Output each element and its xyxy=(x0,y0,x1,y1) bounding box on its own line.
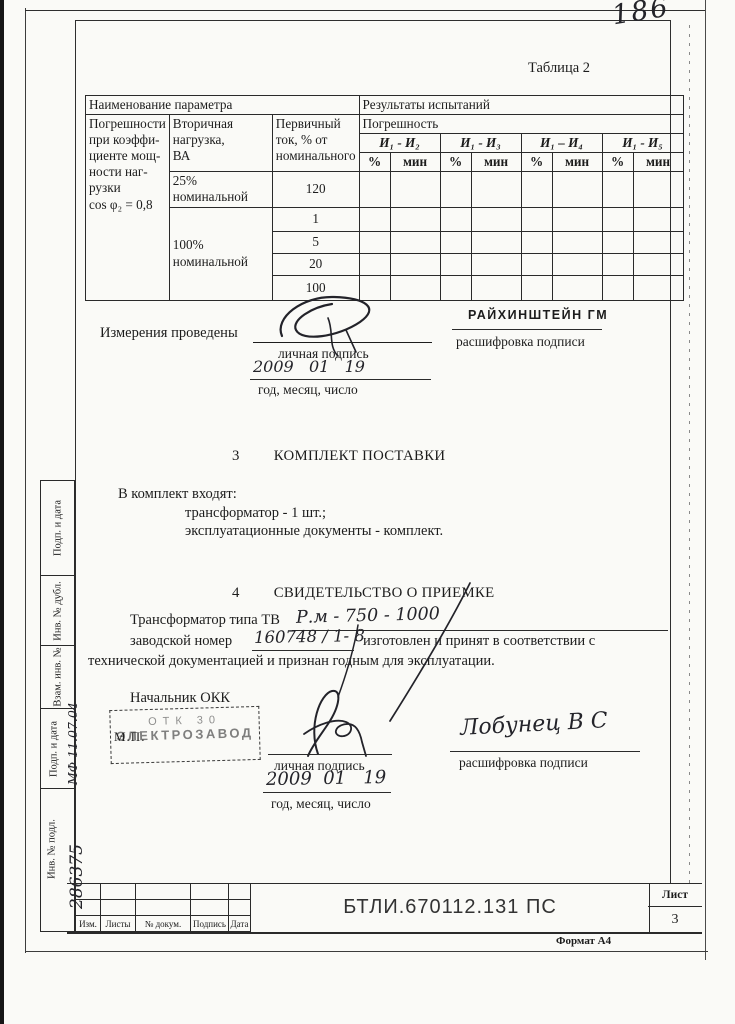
name-line xyxy=(450,751,640,752)
empty-cell xyxy=(602,231,633,253)
min-header: мин xyxy=(471,153,521,172)
empty-cell xyxy=(359,253,390,275)
pct-header: % xyxy=(359,153,390,172)
signature-line xyxy=(253,300,432,343)
measurements-label: Измерения проведены xyxy=(100,325,238,342)
empty-cell xyxy=(633,275,683,300)
empty-cell xyxy=(390,207,440,231)
margin-cell-inv-dubl: Инв. № дубл. xyxy=(41,576,74,646)
empty-cell xyxy=(633,253,683,275)
empty-cell xyxy=(521,172,552,207)
empty-cell xyxy=(440,231,471,253)
empty-cell xyxy=(471,275,521,300)
header-error-col: Погрешности при коэффи- циенте мощ- ност… xyxy=(86,115,170,300)
empty-cell xyxy=(552,275,602,300)
sheet-number: 3 xyxy=(648,907,702,932)
min-header: мин xyxy=(390,153,440,172)
col-izm: Изм. xyxy=(76,916,101,932)
test-results-table: Наименование параметра Результаты испыта… xyxy=(85,95,684,301)
min-header: мин xyxy=(552,153,602,172)
col-ndokum: № докум. xyxy=(136,916,191,932)
table-caption: Таблица 2 xyxy=(528,60,590,77)
section3-intro: В комплект входят: xyxy=(118,486,237,503)
current-120: 120 xyxy=(272,172,359,207)
sheet-label: Лист xyxy=(648,883,702,907)
empty-cell xyxy=(633,231,683,253)
empty-cell xyxy=(633,207,683,231)
pct-header: % xyxy=(602,153,633,172)
page-border-right xyxy=(705,0,706,960)
drawing-frame-left xyxy=(75,20,76,932)
empty-cell xyxy=(440,275,471,300)
sheet-box: Лист 3 xyxy=(648,883,702,932)
empty-cell xyxy=(602,253,633,275)
page-border-top xyxy=(25,10,705,11)
empty-cell xyxy=(359,231,390,253)
empty-cell xyxy=(359,172,390,207)
scan-edge-left xyxy=(0,0,4,1024)
empty-cell xyxy=(390,172,440,207)
section3-number: 3 xyxy=(232,448,240,464)
name-line xyxy=(452,329,602,330)
drawing-frame-top xyxy=(75,20,671,21)
handwritten-date: 2009 01 19 xyxy=(253,357,365,376)
mp-seal-label: М.П. xyxy=(114,729,145,745)
section3-title: КОМПЛЕКТ ПОСТАВКИ xyxy=(274,448,446,464)
empty-cell xyxy=(440,207,471,231)
handwritten-page-number: 186 xyxy=(610,0,672,31)
handwritten-date: 2009 01 19 xyxy=(266,767,387,790)
empty-cell xyxy=(521,231,552,253)
kit-item: эксплуатационные документы - комплект. xyxy=(185,523,443,540)
date-line xyxy=(250,379,431,380)
margin-cell-vzam-inv: Взам. инв. № xyxy=(41,646,74,709)
empty-cell xyxy=(602,207,633,231)
empty-cell xyxy=(471,253,521,275)
pair-i1-i2: И₁ - И₂ xyxy=(359,134,440,153)
margin-label: Подп. и дата xyxy=(48,720,59,776)
empty-cell xyxy=(633,172,683,207)
empty-cell xyxy=(521,253,552,275)
date-caption: год, месяц, число xyxy=(271,796,371,812)
revision-mini-table: Изм. Листы № докум. Подпись Дата xyxy=(75,883,251,932)
signature-flourish xyxy=(282,686,382,761)
name-caption: расшифровка подписи xyxy=(456,334,585,350)
perforation-line xyxy=(689,25,690,885)
current-5: 5 xyxy=(272,231,359,253)
empty-cell xyxy=(552,253,602,275)
empty-cell xyxy=(521,207,552,231)
empty-cell xyxy=(390,253,440,275)
page-border-bottom xyxy=(25,951,708,952)
page-border-left xyxy=(25,8,26,953)
load-100-cell: 100% номинальной xyxy=(169,207,272,300)
date-line xyxy=(263,792,391,793)
pair-i1-i5: И₁ - И₅ xyxy=(602,134,683,153)
okk-label: Начальник ОКК xyxy=(130,690,230,707)
pct-header: % xyxy=(440,153,471,172)
kit-item: трансформатор - 1 шт.; xyxy=(185,505,326,522)
name-stamp: РАЙХИНШТЕЙН ГМ xyxy=(468,308,608,322)
empty-cell xyxy=(471,172,521,207)
empty-cell xyxy=(390,275,440,300)
empty-cell xyxy=(552,172,602,207)
margin-cell-podp-data-2: Подп. и дата МФ 11.07.04 xyxy=(41,709,74,789)
load-25-cell: 25% номинальной xyxy=(169,172,272,207)
margin-handwriting: МФ 11.07.04 xyxy=(65,702,80,785)
margin-cell-podp-data: Подп. и дата xyxy=(41,481,74,576)
col-listy: Листы xyxy=(101,916,136,932)
serial-line-prefix: заводской номер xyxy=(130,633,232,650)
section4-number: 4 xyxy=(232,585,240,601)
document-number: БТЛИ.670112.131 ПС xyxy=(250,883,650,932)
signature-line xyxy=(268,754,392,755)
empty-cell xyxy=(359,207,390,231)
format-label: Формат А4 xyxy=(556,935,611,947)
margin-label: Взам. инв. № xyxy=(52,647,63,706)
empty-cell xyxy=(471,231,521,253)
margin-label: Инв. № дубл. xyxy=(52,581,63,640)
header-param: Наименование параметра xyxy=(86,96,360,115)
margin-label: Инв. № подл. xyxy=(47,819,58,879)
section3-heading: 3КОМПЛЕКТ ПОСТАВКИ xyxy=(232,448,445,465)
pct-header: % xyxy=(521,153,552,172)
header-current-col: Первичный ток, % от номинального xyxy=(272,115,359,172)
margin-label: Подп. и дата xyxy=(52,500,63,556)
empty-cell xyxy=(602,172,633,207)
pair-i1-i3: И₁ - И₃ xyxy=(440,134,521,153)
empty-cell xyxy=(471,207,521,231)
empty-cell xyxy=(552,231,602,253)
empty-cell xyxy=(521,275,552,300)
pair-i1-i4: И₁ – И₄ xyxy=(521,134,602,153)
empty-cell xyxy=(390,231,440,253)
current-1: 1 xyxy=(272,207,359,231)
gost-margin-column: Подп. и дата Инв. № дубл. Взам. инв. № П… xyxy=(40,480,75,932)
type-line-prefix: Трансформатор типа ТВ xyxy=(130,612,280,629)
titleblock-bottom-line xyxy=(67,932,702,934)
header-results: Результаты испытаний xyxy=(359,96,683,115)
empty-cell xyxy=(440,253,471,275)
empty-cell xyxy=(440,172,471,207)
col-podpis: Подпись xyxy=(191,916,229,932)
header-load-col: Вторичная нагрузка, ВА xyxy=(169,115,272,172)
min-header: мин xyxy=(633,153,683,172)
date-caption: год, месяц, число xyxy=(258,382,358,398)
col-data: Дата xyxy=(229,916,251,932)
current-20: 20 xyxy=(272,253,359,275)
name-caption: расшифровка подписи xyxy=(459,755,588,771)
scanned-document-page: 186 Таблица 2 Наименование параметра Рез… xyxy=(0,0,735,1024)
empty-cell xyxy=(552,207,602,231)
header-error-label: Погрешность xyxy=(359,115,683,134)
empty-cell xyxy=(602,275,633,300)
margin-cell-inv-podl: Инв. № подл. 286375 xyxy=(41,789,74,931)
